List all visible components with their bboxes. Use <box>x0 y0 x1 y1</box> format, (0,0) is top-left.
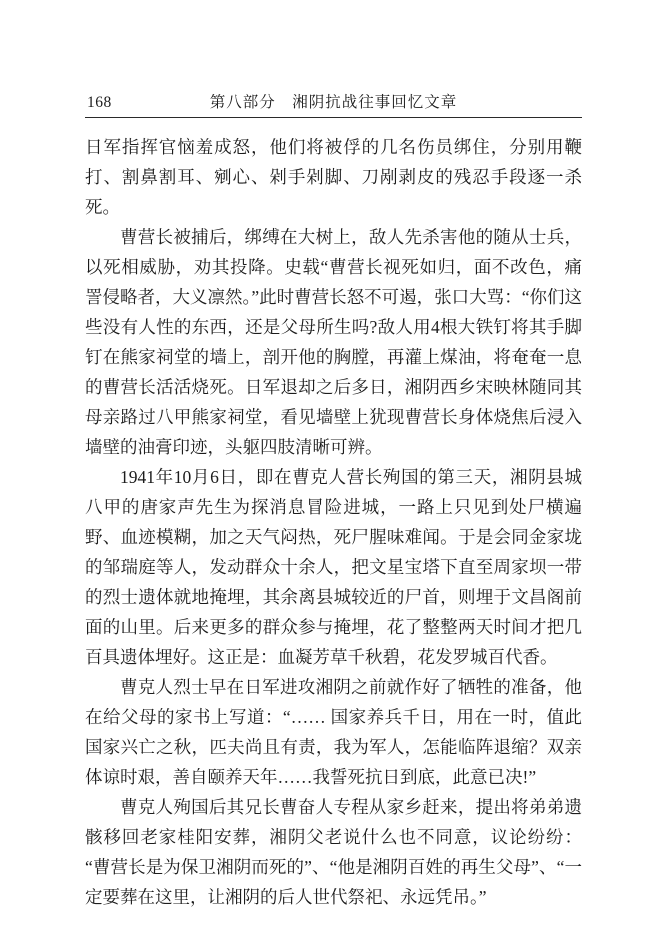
body-paragraph: 日军指挥官恼羞成怒，他们将被俘的几名伤员绑住，分别用鞭打、割鼻割耳、剜心、剁手剁… <box>85 132 582 222</box>
body-text: 日军指挥官恼羞成怒，他们将被俘的几名伤员绑住，分别用鞭打、割鼻割耳、剜心、剁手剁… <box>85 132 582 912</box>
body-paragraph: 曹克人殉国后其兄长曹奋人专程从家乡赶来，提出将弟弟遗骸移回老家桂阳安葬，湘阴父老… <box>85 792 582 912</box>
body-paragraph: 1941年10月6日，即在曹克人营长殉国的第三天，湘阴县城八甲的唐家声先生为探消… <box>85 462 582 672</box>
body-paragraph: 曹营长被捕后，绑缚在大树上，敌人先杀害他的随从士兵，以死相威胁，劝其投降。史载“… <box>85 222 582 462</box>
book-page: 168 第八部分 湘阴抗战往事回忆文章 日军指挥官恼羞成怒，他们将被俘的几名伤员… <box>0 0 665 929</box>
chapter-title: 第八部分 湘阴抗战往事回忆文章 <box>85 95 582 111</box>
page-header: 168 第八部分 湘阴抗战往事回忆文章 <box>85 95 582 118</box>
body-paragraph: 曹克人烈士早在日军进攻湘阴之前就作好了牺牲的准备，他在给父母的家书上写道：“……… <box>85 672 582 792</box>
